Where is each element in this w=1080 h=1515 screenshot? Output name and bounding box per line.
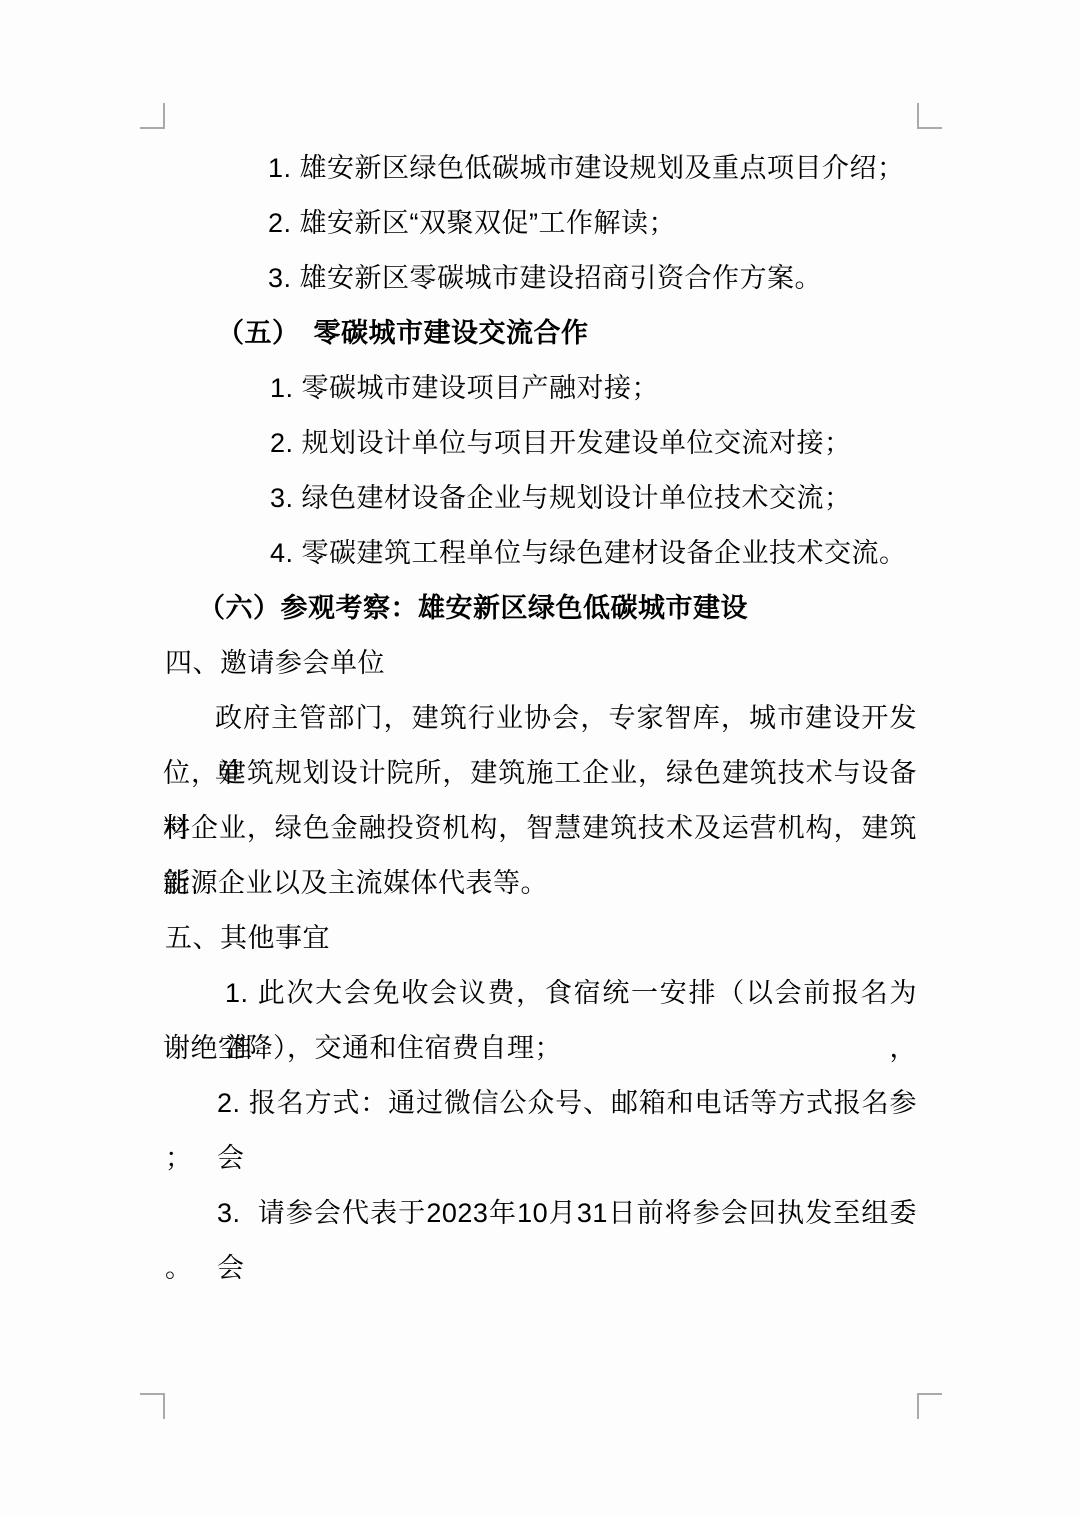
text-line: 2. 规划设计单位与项目开发建设单位交流对接； (163, 416, 917, 471)
text-line: 政府主管部门，建筑行业协会，专家智库，城市建设开发单 (163, 691, 917, 746)
crop-mark-top-right-icon (917, 103, 942, 129)
text-line: 2. 报名方式：通过微信公众号、邮箱和电话等方式报名参会 (163, 1076, 917, 1131)
text-line: 3. 雄安新区零碳城市建设招商引资合作方案。 (163, 251, 917, 306)
text-line: 2. 雄安新区“双聚双促”工作解读； (163, 196, 917, 251)
text-line: 。 (163, 1241, 917, 1296)
document-page: 1. 雄安新区绿色低碳城市建设规划及重点项目介绍；2. 雄安新区“双聚双促”工作… (0, 0, 1080, 1515)
text-line: 料企业，绿色金融投资机构，智慧建筑技术及运营机构，建筑新 (163, 801, 917, 856)
text-line: 位，建筑规划设计院所，建筑施工企业，绿色建筑技术与设备材 (163, 746, 917, 801)
text-line: 能源企业以及主流媒体代表等。 (163, 856, 917, 911)
crop-mark-top-left-icon (140, 103, 165, 129)
text-line: 1. 零碳城市建设项目产融对接； (163, 361, 917, 416)
text-line: （六）参观考察：雄安新区绿色低碳城市建设 (163, 581, 917, 636)
text-line: ； (163, 1131, 917, 1186)
crop-mark-bottom-left-icon (140, 1393, 165, 1419)
text-lines: 1. 雄安新区绿色低碳城市建设规划及重点项目介绍；2. 雄安新区“双聚双促”工作… (163, 141, 917, 1296)
text-line: 四、邀请参会单位 (163, 636, 917, 691)
text-line: 4. 零碳建筑工程单位与绿色建材设备企业技术交流。 (163, 526, 917, 581)
crop-mark-bottom-right-icon (917, 1393, 942, 1419)
text-line: （五） 零碳城市建设交流合作 (163, 306, 917, 361)
text-line: 五、其他事宜 (163, 911, 917, 966)
text-line: 3. 绿色建材设备企业与规划设计单位技术交流； (163, 471, 917, 526)
text-line: 1. 此次大会免收会议费，食宿统一安排（以会前报名为准， (163, 966, 917, 1021)
text-line: 3. 请参会代表于2023年10月31日前将参会回执发至组委会 (163, 1186, 917, 1241)
text-line: 1. 雄安新区绿色低碳城市建设规划及重点项目介绍； (163, 141, 917, 196)
